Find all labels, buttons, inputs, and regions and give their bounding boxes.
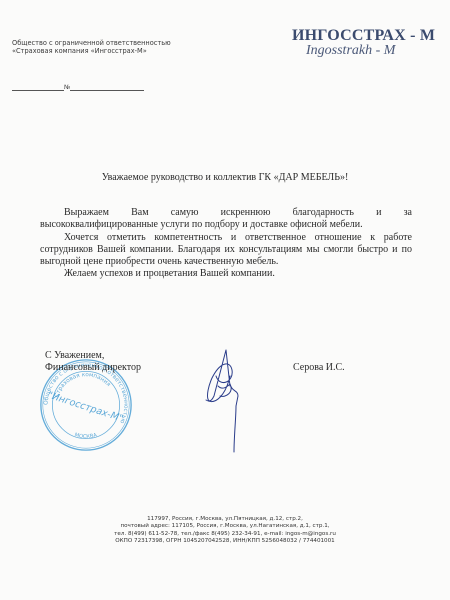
footer-postal-address: почтовый адрес: 117105, Россия, г.Москва… [0,523,450,530]
footer-registration: ОКПО 72317398, ОГРН 1045207042528, ИНН/К… [0,538,450,545]
sender-organization: Общество с ограниченной ответственностью… [12,39,171,55]
letter-greeting: Уважаемое руководство и коллектив ГК «ДА… [0,172,450,183]
paragraph: Хочется отметить компетентность и ответс… [40,232,412,269]
letter-footer: 117997, Россия, г.Москва, ул.Пятницкая, … [0,516,450,546]
document-number-line: № [12,84,144,91]
stamp-city: МОСКВА [74,432,99,440]
org-line-1: Общество с ограниченной ответственностью [12,39,171,47]
signer-position: Финансовый директор [45,362,141,374]
org-line-2: «Страховая компания «Ингосстрах-М» [12,47,171,55]
date-blank [12,84,64,91]
number-blank [70,84,144,91]
closing-phrase: С Уважением, [45,350,141,362]
logo-latin: Ingosstrakh - M [306,44,442,58]
signer-name: Серова И.С. [293,362,345,373]
stamp-center-text: "Ингосстрах-М" [46,390,124,425]
paragraph: Выражаем Вам самую искреннюю благодарнос… [40,207,412,232]
svg-text:МОСКВА: МОСКВА [74,432,99,440]
closing-block: С Уважением, Финансовый директор [45,350,141,373]
letter-page: Общество с ограниченной ответственностью… [0,0,450,600]
logo-russian: ИНГОССТРАХ - М [292,28,442,44]
company-logo: ИНГОССТРАХ - М Ingosstrakh - M [292,28,442,58]
paragraph: Желаем успехов и процветания Вашей компа… [40,268,412,280]
handwritten-signature [196,346,256,456]
footer-contacts: тел. 8(499) 611-52-78, тел./факс 8(495) … [0,531,450,538]
letter-body: Выражаем Вам самую искреннюю благодарнос… [40,207,412,281]
